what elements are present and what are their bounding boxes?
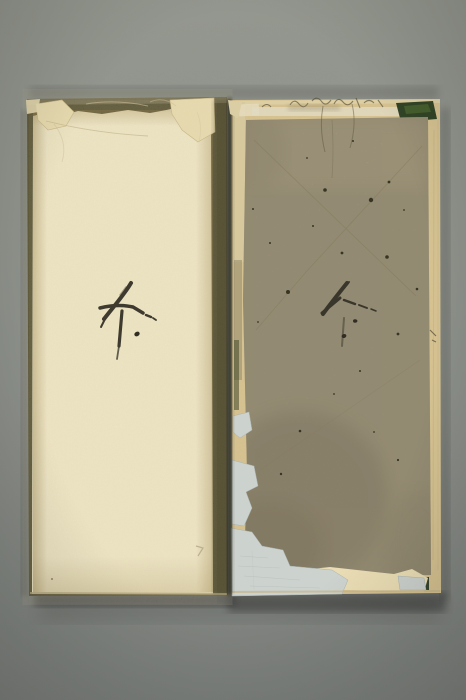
museum-photo	[0, 0, 466, 700]
photo-grain-overlay	[0, 0, 466, 700]
photo-canvas	[0, 0, 466, 700]
